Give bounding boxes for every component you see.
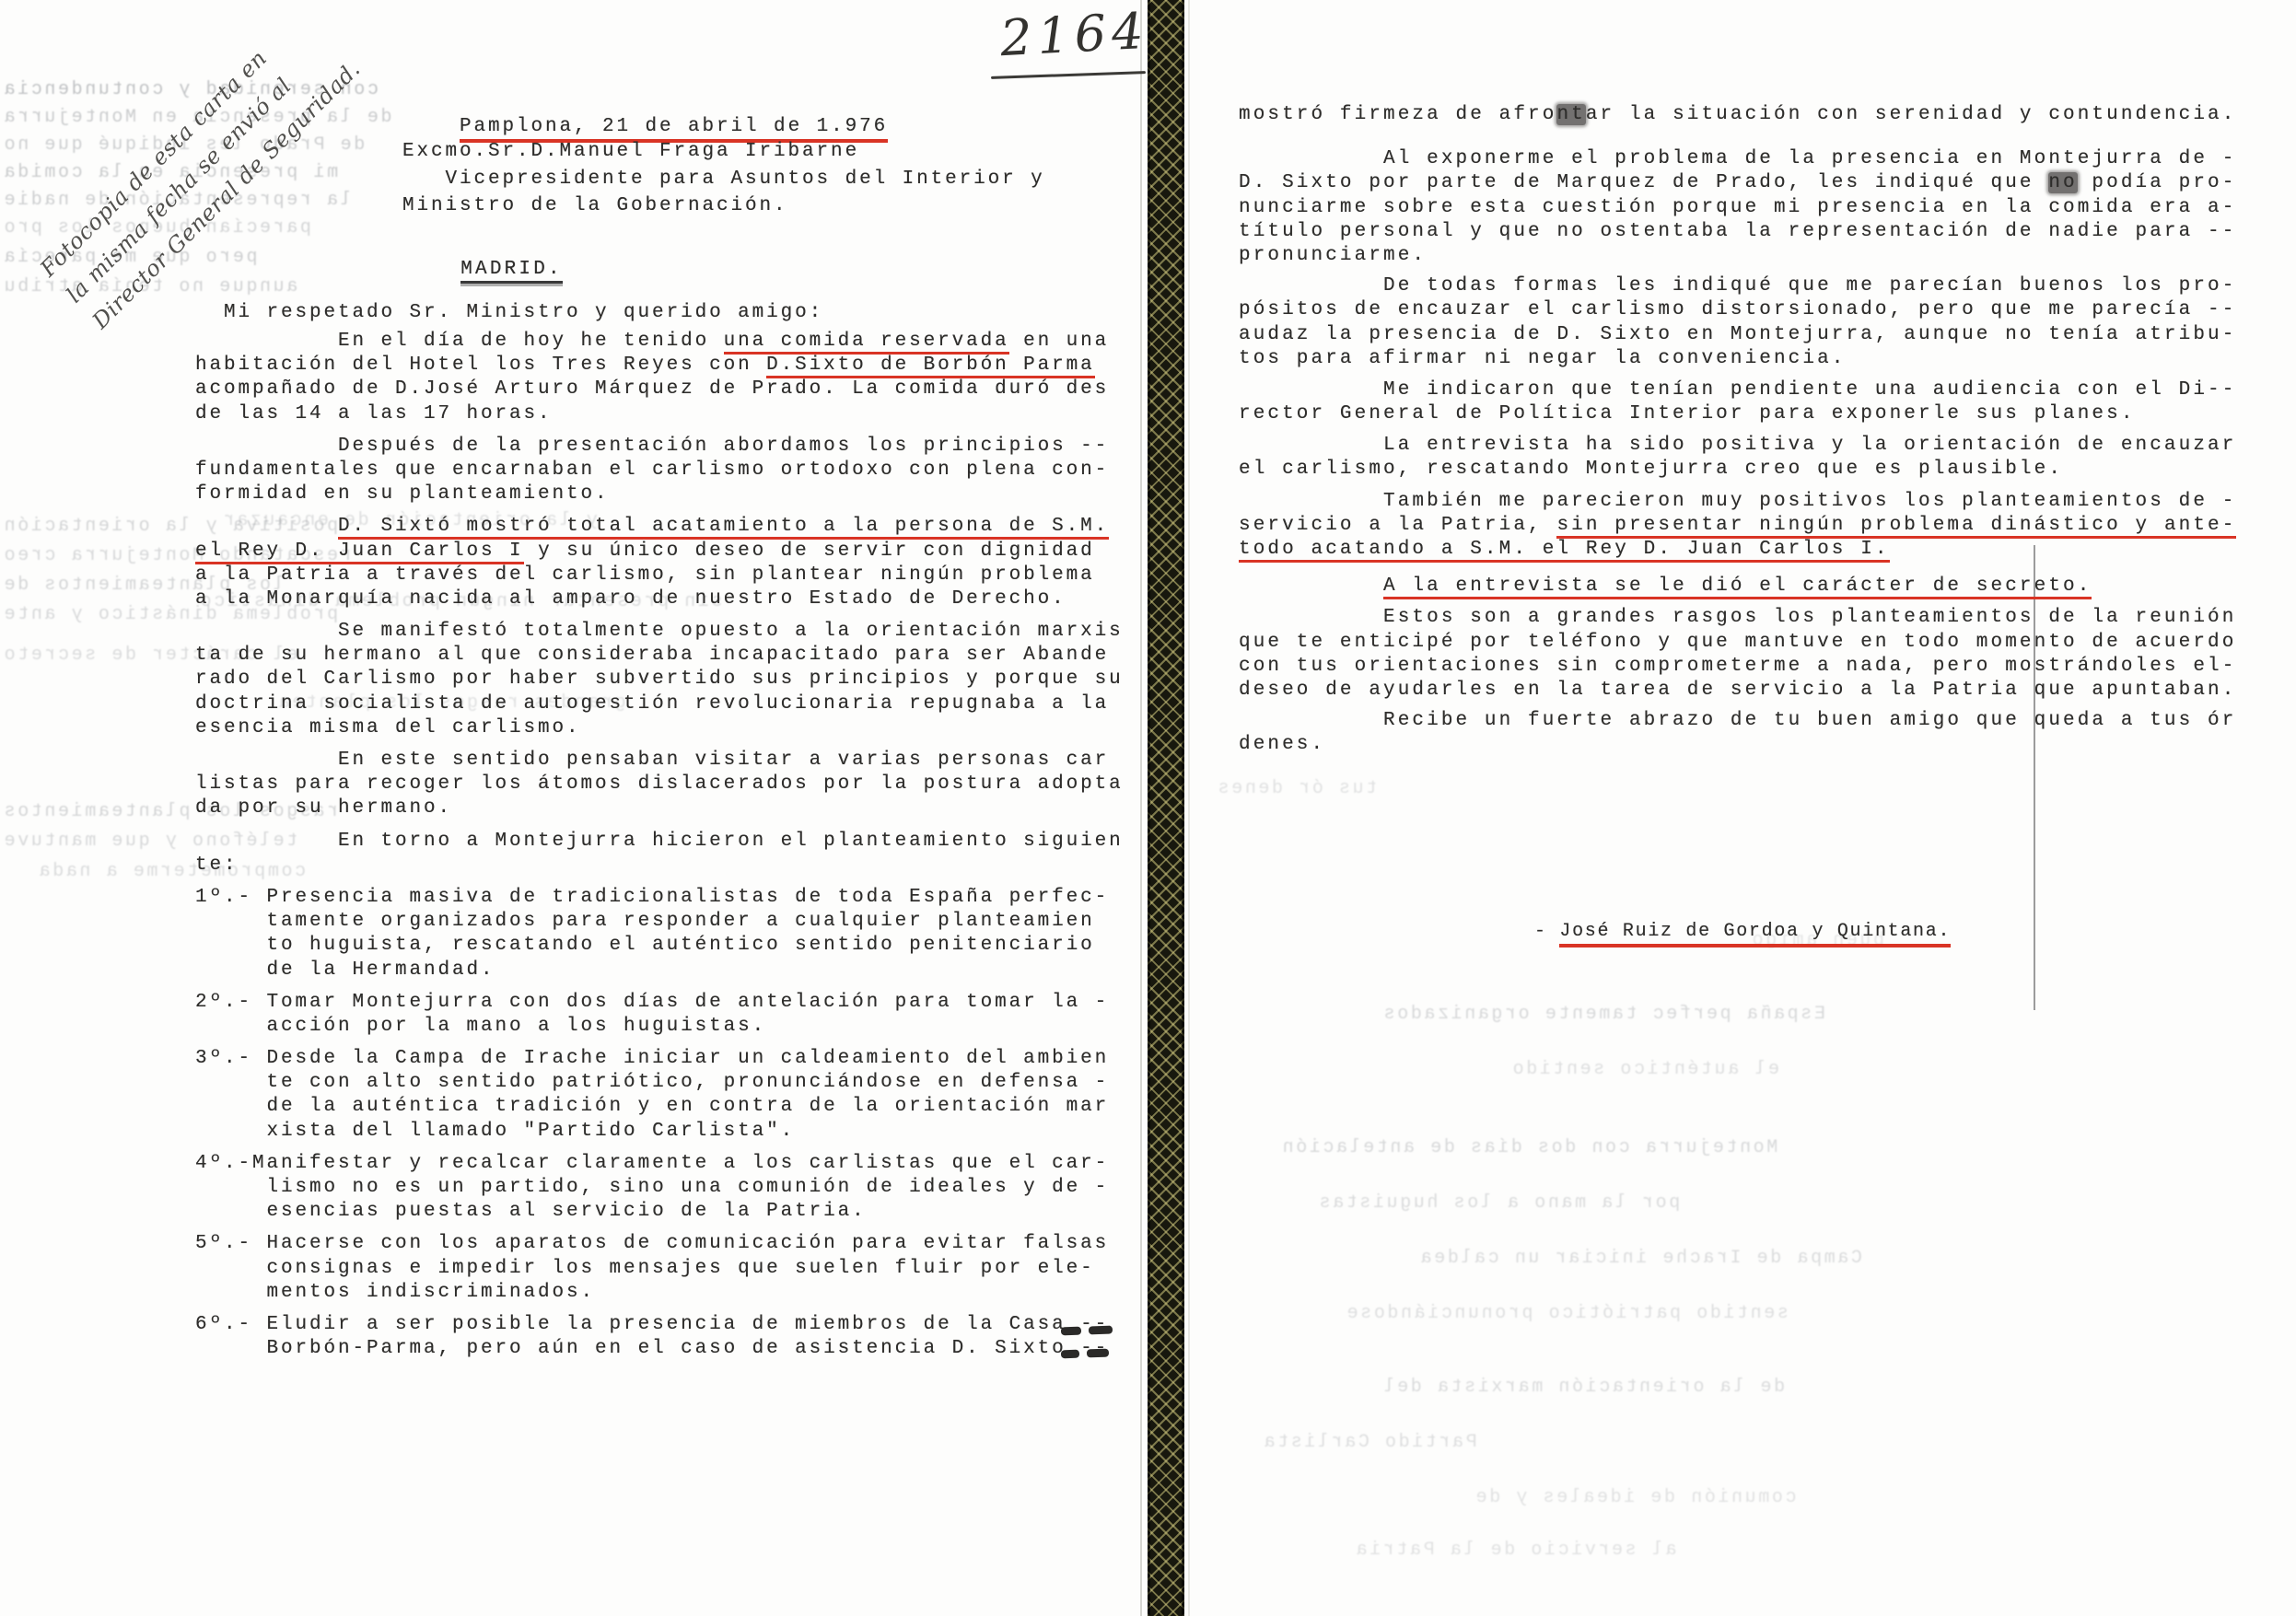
text-line: te con alto sentido patriótico, pronunci…	[195, 1071, 1124, 1095]
text-line: el Rey D. Juan Carlos I y su único deseo…	[195, 540, 1124, 564]
text-line: rector General de Política Interior para…	[1239, 402, 2236, 426]
text-line: mostró firmeza de afrontar la situación …	[1239, 103, 2236, 127]
left-page-edge	[1140, 0, 1142, 1616]
paragraph: 3º.- Desde la Campa de Irache iniciar un…	[195, 1047, 1124, 1144]
text-line: 6º.- Eludir a ser posible la presencia d…	[195, 1313, 1124, 1337]
addressee-line: Ministro de la Gobernación.	[402, 192, 1045, 220]
addressee-line: Vicepresidente para Asuntos del Interior…	[402, 166, 1045, 193]
text-line: to huguista, rescatando el auténtico sen…	[195, 934, 1124, 958]
paragraph: 2º.- Tomar Montejurra con dos días de an…	[195, 991, 1124, 1039]
text-line: tos para afirmar ni negar la convenienci…	[1239, 347, 2236, 371]
ink-dash	[1061, 1327, 1081, 1336]
paragraph: A la entrevista se le dió el carácter de…	[1239, 575, 2236, 599]
scanned-letter-document: con serenidad y contundenciade la presen…	[0, 0, 2296, 1616]
paragraph: En torno a Montejurra hicieron el plante…	[195, 830, 1124, 878]
ghost-text-fragment: al servicio de la Patria	[1354, 1540, 1676, 1561]
text-line: denes.	[1239, 733, 2236, 757]
ghost-text-fragment: sentido patriótico pronunciándose	[1345, 1303, 1789, 1324]
ink-dash	[1061, 1350, 1079, 1359]
text-line: te:	[195, 854, 1124, 878]
text-line: pósitos de encauzar el carlismo distorsi…	[1239, 298, 2236, 322]
paragraph: En este sentido pensaban visitar a varia…	[195, 749, 1124, 821]
text-line: D. Sixto por parte de Marquez de Prado, …	[1239, 171, 2236, 195]
ghost-text-fragment: tus ór denes	[1216, 778, 1377, 799]
text-line: ta de su hermano al que consideraba inca…	[195, 644, 1124, 668]
text-line: todo acatando a S.M. el Rey D. Juan Carl…	[1239, 538, 2236, 562]
paragraph: 4º.-Manifestar y recalcar claramente a l…	[195, 1152, 1124, 1225]
text-line: 5º.- Hacerse con los aparatos de comunic…	[195, 1232, 1124, 1256]
text-line: esencias puestas al servicio de la Patri…	[195, 1200, 1124, 1224]
left-page-body: En el día de hoy he tenido una comida re…	[195, 330, 1124, 1361]
text-line: Borbón-Parma, pero aún en el caso de asi…	[195, 1337, 1124, 1361]
paragraph: Después de la presentación abordamos los…	[195, 435, 1124, 507]
text-line: La entrevista ha sido positiva y la orie…	[1239, 434, 2236, 458]
text-line: A la entrevista se le dió el carácter de…	[1239, 575, 2236, 599]
text-line: Estos son a grandes rasgos los planteami…	[1239, 606, 2236, 630]
text-line: acompañado de D.José Arturo Márquez de P…	[195, 378, 1124, 401]
right-page-body: mostró firmeza de afrontar la situación …	[1239, 103, 2236, 758]
text-line: Recibe un fuerte abrazo de tu buen amigo…	[1239, 709, 2236, 733]
paragraph: Estos son a grandes rasgos los planteami…	[1239, 606, 2236, 703]
text-line: con tus orientaciones sin comprometerme …	[1239, 655, 2236, 679]
text-line: 1º.- Presencia masiva de tradicionalista…	[195, 886, 1124, 910]
text-line: 2º.- Tomar Montejurra con dos días de an…	[195, 991, 1124, 1015]
text-line: de la auténtica tradición y en contra de…	[195, 1095, 1124, 1119]
text-line: De todas formas les indiqué que me parec…	[1239, 274, 2236, 298]
paragraph: De todas formas les indiqué que me parec…	[1239, 274, 2236, 371]
paragraph: 5º.- Hacerse con los aparatos de comunic…	[195, 1232, 1124, 1305]
city-line: MADRID.	[402, 238, 563, 301]
handwritten-page-number: 2164	[998, 2, 1150, 67]
text-line: 4º.-Manifestar y recalcar claramente a l…	[195, 1152, 1124, 1176]
city-text: MADRID.	[460, 259, 563, 284]
paragraph: La entrevista ha sido positiva y la orie…	[1239, 434, 2236, 482]
signature-dash: -	[1534, 921, 1559, 942]
paragraph: mostró firmeza de afrontar la situación …	[1239, 103, 2236, 127]
ghost-text-fragment: Montejurra con dos días de antelación	[1280, 1137, 1777, 1158]
signature-line: - José Ruiz de Gordoa y Quintana.	[1534, 921, 1951, 942]
text-line: audaz la presencia de D. Sixto en Montej…	[1239, 323, 2236, 347]
text-line: el carlismo, rescatando Montejurra creo …	[1239, 458, 2236, 482]
ghost-text-fragment: España perfec tamente organizados	[1381, 1004, 1825, 1025]
text-line: Se manifestó totalmente opuesto a la ori…	[195, 620, 1124, 644]
paragraph: También me parecieron muy positivos los …	[1239, 490, 2236, 563]
text-line: nunciarme sobre esta cuestión porque mi …	[1239, 196, 2236, 220]
text-line: xista del llamado "Partido Carlista".	[195, 1120, 1124, 1144]
addressee-line: Excmo.Sr.D.Manuel Fraga Iribarne	[402, 138, 1045, 166]
text-line: tamente organizados para responder a cua…	[195, 910, 1124, 934]
text-line: de la Hermandad.	[195, 959, 1124, 982]
ink-dash	[1087, 1349, 1109, 1358]
text-line: También me parecieron muy positivos los …	[1239, 490, 2236, 514]
ghost-text-fragment: de la orientación marxista del	[1381, 1377, 1785, 1398]
text-line: esencia misma del carlismo.	[195, 716, 1124, 740]
text-line: da por su hermano.	[195, 796, 1124, 820]
text-line: Me indicaron que tenían pendiente una au…	[1239, 378, 2236, 402]
ghost-text-fragment: Partido Carlista	[1262, 1432, 1477, 1453]
text-line: acción por la mano a los huguistas.	[195, 1015, 1124, 1039]
binding-strip	[1148, 0, 1184, 1616]
text-line: rado del Carlismo por haber subvertido s…	[195, 668, 1124, 692]
paragraph: 6º.- Eludir a ser posible la presencia d…	[195, 1313, 1124, 1361]
text-line: consignas e impedir los mensajes que sue…	[195, 1257, 1124, 1281]
text-line: lismo no es un partido, sino una comunió…	[195, 1176, 1124, 1200]
text-line: listas para recoger los átomos dislacera…	[195, 773, 1124, 796]
text-line: formidad en su planteamiento.	[195, 482, 1124, 506]
text-line: En el día de hoy he tenido una comida re…	[195, 330, 1124, 354]
text-line: deseo de ayudarles en la tarea de servic…	[1239, 679, 2236, 703]
text-line: pronunciarme.	[1239, 244, 2236, 268]
text-line: de las 14 a las 17 horas.	[195, 402, 1124, 426]
text-line: 3º.- Desde la Campa de Irache iniciar un…	[195, 1047, 1124, 1071]
ghost-text-fragment: el auténtico sentido	[1510, 1059, 1779, 1080]
paragraph: Se manifestó totalmente opuesto a la ori…	[195, 620, 1124, 740]
text-line: mentos indiscriminados.	[195, 1281, 1124, 1305]
text-line: D. Sixtó mostró total acatamiento a la p…	[195, 515, 1124, 539]
text-line: En torno a Montejurra hicieron el plante…	[195, 830, 1124, 854]
paragraph: En el día de hoy he tenido una comida re…	[195, 330, 1124, 426]
text-line: a la Monarquía nacida al amparo de nuest…	[195, 587, 1124, 611]
paragraph: 1º.- Presencia masiva de tradicionalista…	[195, 886, 1124, 982]
text-line: que te enticipé por teléfono y que mantu…	[1239, 631, 2236, 655]
paragraph: D. Sixtó mostró total acatamiento a la p…	[195, 515, 1124, 611]
text-line: fundamentales que encarnaban el carlismo…	[195, 459, 1124, 482]
text-line: doctrina socialista de autogestión revol…	[195, 692, 1124, 716]
paragraph: Recibe un fuerte abrazo de tu buen amigo…	[1239, 709, 2236, 757]
text-line: a la Patria a través del carlismo, sin p…	[195, 564, 1124, 587]
salutation: Mi respetado Sr. Ministro y querido amig…	[224, 302, 823, 323]
text-line: En este sentido pensaban visitar a varia…	[195, 749, 1124, 773]
text-line: título personal y que no ostentaba la re…	[1239, 220, 2236, 244]
text-line: servicio a la Patria, sin presentar ning…	[1239, 514, 2236, 538]
page-number-underline	[991, 71, 1146, 79]
addressee-block: Excmo.Sr.D.Manuel Fraga Iribarne Vicepre…	[402, 138, 1045, 220]
ghost-text-fragment: comunión de ideales y de	[1474, 1487, 1796, 1508]
signature-name: José Ruiz de Gordoa y Quintana.	[1559, 921, 1951, 948]
text-line: Después de la presentación abordamos los…	[195, 435, 1124, 459]
text-line: Al exponerme el problema de la presencia…	[1239, 147, 2236, 171]
ink-dash	[1089, 1326, 1113, 1335]
paragraph: Al exponerme el problema de la presencia…	[1239, 147, 2236, 268]
right-page-edge	[1188, 0, 1190, 1616]
ghost-text-fragment: por la mano a los huguistas	[1317, 1192, 1680, 1214]
ghost-text-fragment: Campa de Irache iniciar un caldea	[1418, 1248, 1862, 1269]
text-line: habitación del Hotel los Tres Reyes con …	[195, 354, 1124, 378]
paragraph: Me indicaron que tenían pendiente una au…	[1239, 378, 2236, 426]
